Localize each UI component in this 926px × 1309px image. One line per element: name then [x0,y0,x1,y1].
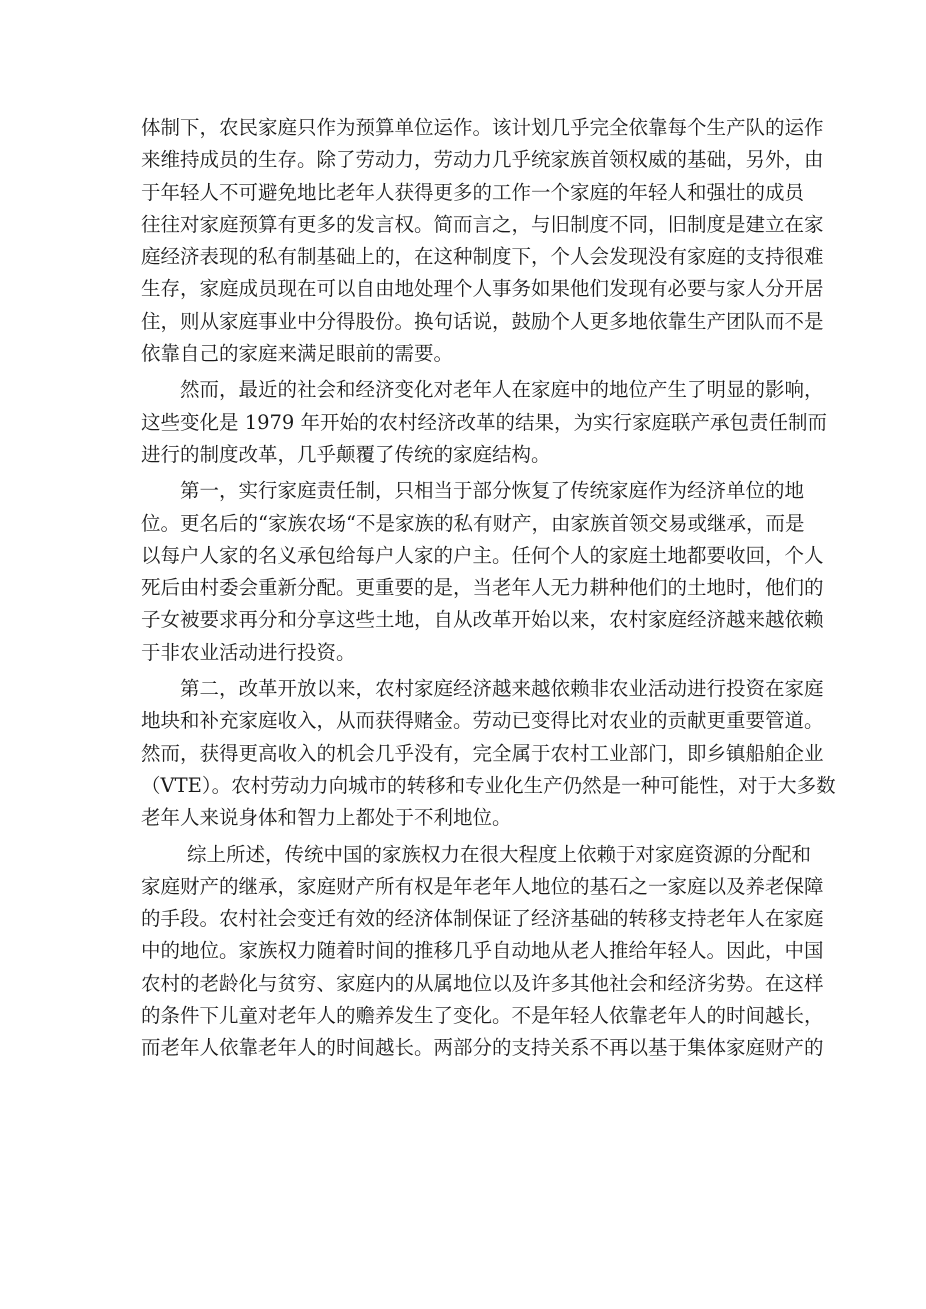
text-line: 然而，获得更高收入的机会几乎没有，完全属于农村工业部门，即乡镇船舶企业 [141,738,787,770]
document-page: 体制下，农民家庭只作为预算单位运作。该计划几乎完全依靠每个生产队的运作 来维持成… [141,112,787,1069]
text-line: 死后由村委会重新分配。更重要的是，当老年人无力耕种他们的土地时，他们的 [141,572,787,604]
text-line: 以每户人家的名义承包给每户人家的户主。任何个人的家庭土地都要收回，个人 [141,540,787,572]
text-line: 依靠自己的家庭来满足眼前的需要。 [141,338,787,370]
paragraph-2: 然而，最近的社会和经济变化对老年人在家庭中的地位产生了明显的影响， 这些变化是 … [141,374,787,471]
text-line: 于年轻人不可避免地比老年人获得更多的工作一个家庭的年轻人和强壮的成员 [141,177,787,209]
text-line: 位。更名后的“家族农场“不是家族的私有财产，由家族首领交易或继承，而是 [141,508,787,540]
text-line: 往往对家庭预算有更多的发言权。简而言之，与旧制度不同，旧制度是建立在家 [141,209,787,241]
paragraph-1: 体制下，农民家庭只作为预算单位运作。该计划几乎完全依靠每个生产队的运作 来维持成… [141,112,787,370]
text-line: 进行的制度改革，几乎颠覆了传统的家庭结构。 [141,439,787,471]
text-line: 生存，家庭成员现在可以自由地处理个人事务如果他们发现有必要与家人分开居 [141,273,787,305]
text-line: （VTE）。农村劳动力向城市的转移和专业化生产仍然是一种可能性，对于大多数 [141,770,787,802]
paragraph-3: 第一，实行家庭责任制，只相当于部分恢复了传统家庭作为经济单位的地 位。更名后的“… [141,475,787,669]
text-line: 来维持成员的生存。除了劳动力，劳动力几乎统家族首领权威的基础，另外，由 [141,144,787,176]
text-line: 庭经济表现的私有制基础上的，在这种制度下，个人会发现没有家庭的支持很难 [141,241,787,273]
text-line: 老年人来说身体和智力上都处于不利地位。 [141,802,787,834]
paragraph-5: 综上所述，传统中国的家族权力在很大程度上依赖于对家庭资源的分配和 家庭财产的继承… [141,839,787,1065]
text-line: 中的地位。家族权力随着时间的推移几乎自动地从老人推给年轻人。因此，中国 [141,935,787,967]
text-line: 第二，改革开放以来，农村家庭经济越来越依赖非农业活动进行投资在家庭 [141,673,787,705]
paragraph-4: 第二，改革开放以来，农村家庭经济越来越依赖非农业活动进行投资在家庭 地块和补充家… [141,673,787,834]
text-line: 体制下，农民家庭只作为预算单位运作。该计划几乎完全依靠每个生产队的运作 [141,112,787,144]
text-line: 第一，实行家庭责任制，只相当于部分恢复了传统家庭作为经济单位的地 [141,475,787,507]
text-line: 地块和补充家庭收入，从而获得赌金。劳动已变得比对农业的贡献更重要管道。 [141,705,787,737]
text-line: 然而，最近的社会和经济变化对老年人在家庭中的地位产生了明显的影响， [141,374,787,406]
text-line: 家庭财产的继承，家庭财产所有权是年老年人地位的基石之一家庭以及养老保障 [141,871,787,903]
text-line: 住，则从家庭事业中分得股份。换句话说，鼓励个人更多地依靠生产团队而不是 [141,306,787,338]
text-line: 的条件下儿童对老年人的赡养发生了变化。不是年轻人依靠老年人的时间越长， [141,1000,787,1032]
text-line: 农村的老龄化与贫穷、家庭内的从属地位以及许多其他社会和经济劣势。在这样 [141,968,787,1000]
text-line: 的手段。农村社会变迁有效的经济体制保证了经济基础的转移支持老年人在家庭 [141,903,787,935]
text-line: 而老年人依靠老年人的时间越长。两部分的支持关系不再以基于集体家庭财产的 [141,1032,787,1064]
text-line: 综上所述，传统中国的家族权力在很大程度上依赖于对家庭资源的分配和 [141,839,787,871]
text-line: 于非农业活动进行投资。 [141,637,787,669]
text-line: 子女被要求再分和分享这些土地，自从改革开始以来，农村家庭经济越来越依赖 [141,604,787,636]
text-line: 这些变化是 1979 年开始的农村经济改革的结果，为实行家庭联产承包责任制而 [141,407,787,439]
